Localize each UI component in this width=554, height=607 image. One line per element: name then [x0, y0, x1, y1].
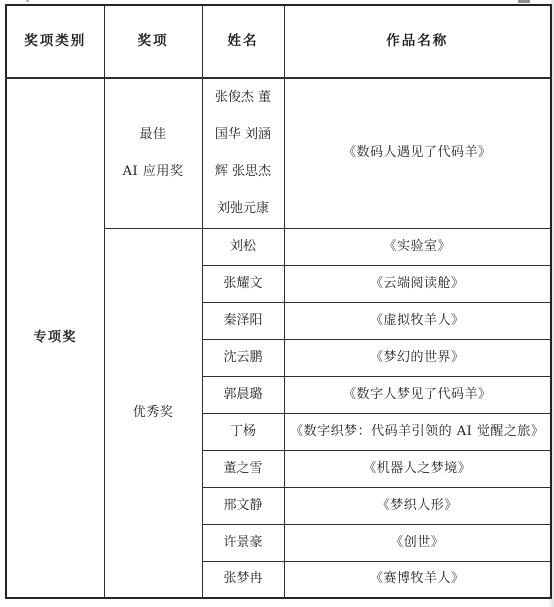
cell-award-best-ai: 最佳 AI 应用奖 [104, 78, 202, 228]
page-top-artifact [518, 0, 530, 3]
cell-award-category: 专项奖 [6, 78, 104, 598]
name-line: 张俊杰 董 [203, 79, 284, 116]
header-award: 奖项 [104, 5, 202, 78]
cell-name: 郭晨璐 [202, 376, 284, 413]
cell-work: 《创世》 [284, 524, 551, 561]
document-page: 奖项类别 奖项 姓名 作品名称 专项奖 最佳 AI 应用奖 张俊杰 董 国华 刘… [0, 0, 554, 607]
table-row: 专项奖 最佳 AI 应用奖 张俊杰 董 国华 刘涵 辉 张思杰 刘弛元康 《数码… [6, 78, 551, 228]
name-line: 辉 张思杰 [203, 153, 284, 190]
cell-name: 丁杨 [202, 413, 284, 450]
header-name: 姓名 [202, 5, 284, 78]
name-line: 国华 刘涵 [203, 116, 284, 153]
cell-name: 刘松 [202, 228, 284, 265]
cell-work: 《数字人梦见了代码羊》 [284, 376, 551, 413]
award-line: 最佳 [105, 116, 202, 153]
cell-work: 《实验室》 [284, 228, 551, 265]
cell-work: 《赛博牧羊人》 [284, 561, 551, 598]
cell-work: 《梦织人形》 [284, 487, 551, 524]
name-line: 刘弛元康 [203, 190, 284, 227]
cell-award-excellence: 优秀奖 [104, 228, 202, 598]
cell-name: 许景豪 [202, 524, 284, 561]
cell-name: 董之雪 [202, 450, 284, 487]
cell-name: 张俊杰 董 国华 刘涵 辉 张思杰 刘弛元康 [202, 78, 284, 228]
page-top-tick-artifact [26, 0, 29, 2]
awards-table: 奖项类别 奖项 姓名 作品名称 专项奖 最佳 AI 应用奖 张俊杰 董 国华 刘… [5, 4, 552, 599]
header-award-category: 奖项类别 [6, 5, 104, 78]
award-line: AI 应用奖 [105, 153, 202, 190]
cell-name: 张梦冉 [202, 561, 284, 598]
cell-work: 《数码人遇见了代码羊》 [284, 78, 551, 228]
cell-work: 《梦幻的世界》 [284, 339, 551, 376]
cell-name: 沈云鹏 [202, 339, 284, 376]
cell-name: 秦泽阳 [202, 302, 284, 339]
cell-name: 邢文静 [202, 487, 284, 524]
cell-work: 《机器人之梦境》 [284, 450, 551, 487]
cell-name: 张耀文 [202, 265, 284, 302]
cell-work: 《虚拟牧羊人》 [284, 302, 551, 339]
cell-work: 《数字织梦：代码羊引领的 AI 觉醒之旅》 [284, 413, 551, 450]
cell-work: 《云端阅读舱》 [284, 265, 551, 302]
header-row: 奖项类别 奖项 姓名 作品名称 [6, 5, 551, 78]
header-work-title: 作品名称 [284, 5, 551, 78]
